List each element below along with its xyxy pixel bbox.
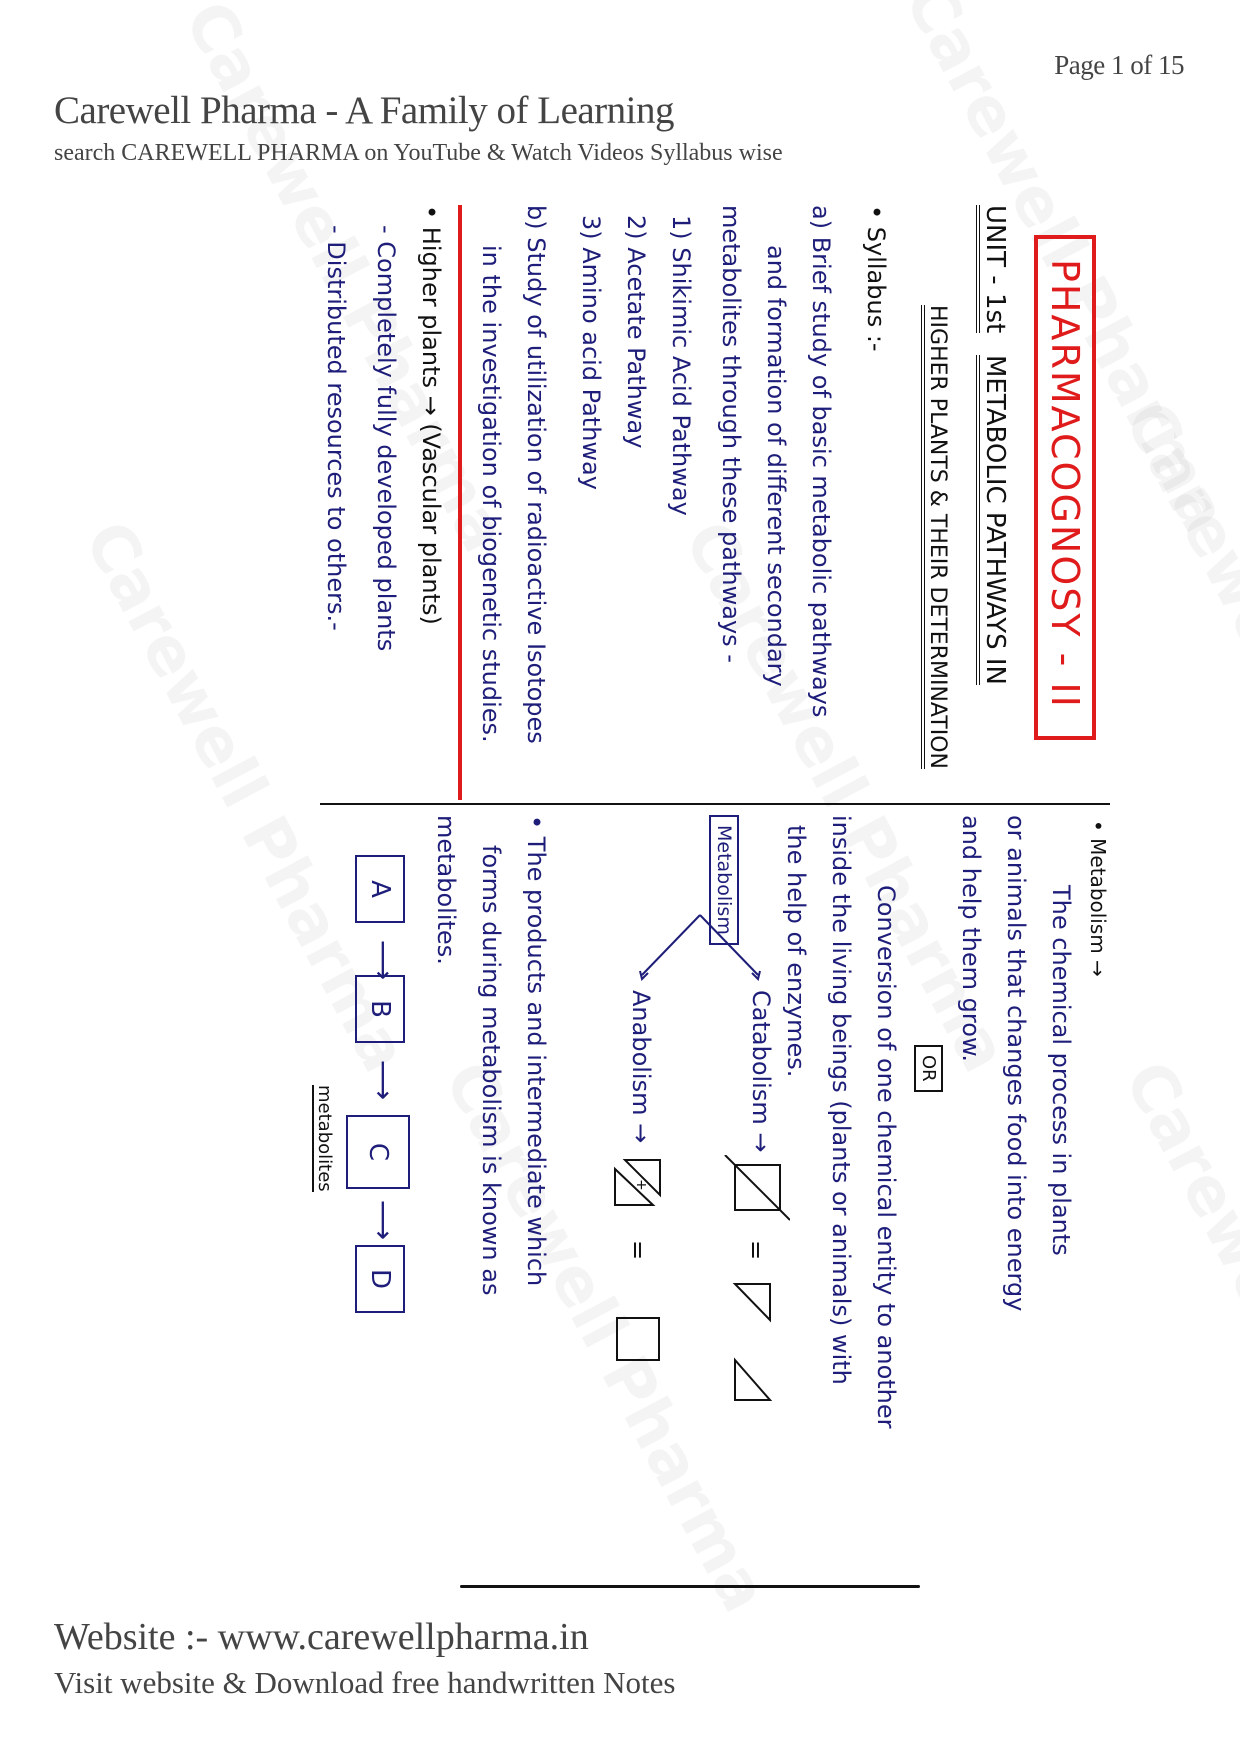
metabolism-def-line1: The chemical process in plants (1047, 885, 1075, 1256)
syllabus-b-line2: in the investigation of biogenetic studi… (477, 245, 505, 743)
flow-box-c: C (346, 1115, 410, 1189)
metabolism-def-line3: and help them grow. (957, 815, 985, 1062)
pathway-item: 3) Amino acid Pathway (577, 215, 605, 490)
metabolites-label: metabolites (312, 1085, 335, 1192)
arrow-right-icon: ⟶ (367, 1060, 400, 1100)
catabolism-label: Catabolism → (747, 990, 775, 1152)
metabolism-heading: • Metabolism → (1086, 820, 1110, 977)
metabolism-alt-line2: inside the living beings (plants or anim… (827, 815, 855, 1385)
arrow-right-icon: ⟶ (367, 1200, 400, 1240)
metabolism-def-line2: or animals that changes food into energy (1002, 815, 1030, 1311)
pathway-item: 1) Shikimic Acid Pathway (667, 215, 695, 516)
footer-website: Website :- www.carewellpharma.in (54, 1615, 589, 1659)
syllabus-a-line3: metabolites through these pathways - (717, 205, 745, 663)
brand-subtitle: search CAREWELL PHARMA on YouTube & Watc… (54, 140, 783, 167)
anabolism-label: Anabolism → (627, 990, 655, 1143)
flow-box-a: A (355, 855, 405, 923)
page-indicator: Page 1 of 15 (1054, 50, 1184, 81)
metabolites-line3: metabolites. (432, 815, 460, 965)
split-pieces-icon (730, 1280, 775, 1420)
unit-title-line1: METABOLIC PATHWAYS IN (976, 355, 1010, 685)
unit-title-line2: HIGHER PLANTS & THEIR DETERMINATION (921, 305, 950, 769)
unit-label: UNIT - 1st (976, 205, 1010, 333)
handwritten-notes: PHARMACOGNOSY - II UNIT - 1st METABOLIC … (130, 205, 1110, 1595)
flow-box-d: D (355, 1245, 405, 1313)
bottom-divider (460, 1585, 920, 1588)
notes-page: PHARMACOGNOSY - II UNIT - 1st METABOLIC … (130, 205, 1110, 1595)
brand-title: Carewell Pharma - A Family of Learning (54, 88, 674, 133)
branch-lines (630, 905, 770, 995)
section-divider-red (458, 205, 462, 800)
metabolism-alt-line1: Conversion of one chemical entity to ano… (872, 885, 900, 1429)
syllabus-heading: • Syllabus :- (862, 205, 890, 352)
equals-sign: = (624, 1240, 652, 1260)
syllabus-a-line1: a) Brief study of basic metabolic pathwa… (807, 205, 835, 717)
metabolism-alt-line3: the help of enzymes. (782, 825, 810, 1077)
anabolism-shapes: + (610, 1155, 665, 1225)
watermark: Carewell Pharma (1109, 1050, 1240, 1624)
subject-title: PHARMACOGNOSY - II (1034, 235, 1096, 740)
flow-box-b: B (355, 975, 405, 1043)
higher-plants-point: - Distributed resources to others.- (322, 225, 350, 631)
equals-sign: = (742, 1240, 770, 1260)
or-label: OR (914, 1045, 945, 1092)
vertical-divider (320, 803, 1110, 805)
syllabus-a-line2: and formation of different secondary (762, 245, 790, 687)
svg-text:+: + (633, 1179, 649, 1191)
syllabus-b-line1: b) Study of utilization of radioactive I… (522, 205, 550, 744)
or-box: OR (914, 1045, 943, 1092)
footer-tagline: Visit website & Download free handwritte… (54, 1665, 675, 1701)
metabolites-line1: • The products and intermediate which (522, 815, 550, 1286)
metabolites-line2: forms during metabolism is known as (477, 845, 505, 1295)
higher-plants-heading: • Higher plants → (Vascular plants) (417, 205, 445, 625)
pathway-item: 2) Acetate Pathway (622, 215, 650, 448)
higher-plants-point: - Completely fully developed plants (372, 225, 400, 651)
watermark: Carewell Pharma (1109, 390, 1240, 964)
whole-square-icon (612, 1315, 662, 1365)
